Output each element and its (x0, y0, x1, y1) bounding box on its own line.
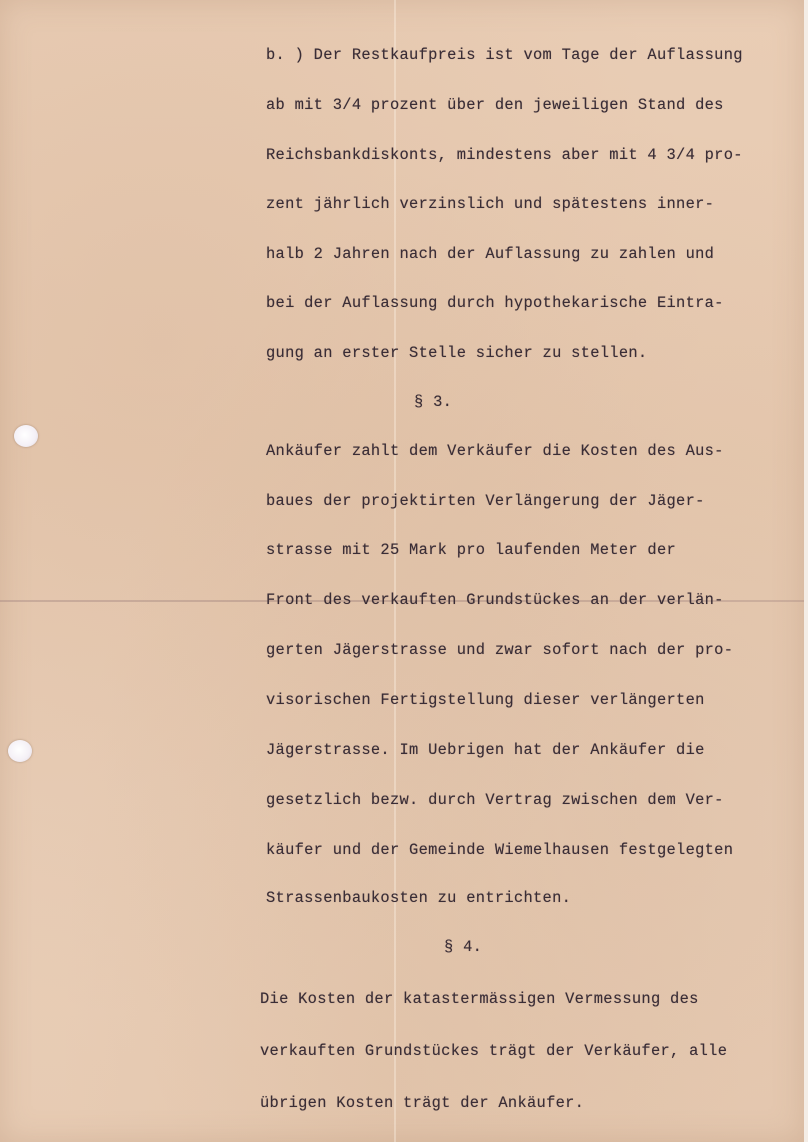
section-4-line-2: verkauften Grundstückes trägt der Verkäu… (260, 1040, 727, 1062)
section-3-line-6: visorischen Fertigstellung dieser verlän… (266, 689, 705, 711)
paragraph-b-line-5: halb 2 Jahren nach der Auflassung zu zah… (266, 243, 714, 265)
section-3-line-8: gesetzlich bezw. durch Vertrag zwischen … (266, 789, 724, 811)
section-3-line-10: Strassenbaukosten zu entrichten. (266, 887, 571, 909)
section-3-line-1: Ankäufer zahlt dem Verkäufer die Kosten … (266, 440, 724, 462)
paper-page: b. ) Der Restkaufpreis ist vom Tage der … (0, 0, 804, 1142)
paragraph-b-line-2: ab mit 3/4 prozent über den jeweiligen S… (266, 94, 724, 116)
section-4-line-1: Die Kosten der katastermässigen Vermessu… (260, 988, 699, 1010)
section-3-line-4: Front des verkauften Grundstückes an der… (266, 589, 724, 611)
section-3-line-5: gerten Jägerstrasse und zwar sofort nach… (266, 639, 733, 661)
punch-hole-bottom (8, 740, 32, 762)
section-3-line-2: baues der projektirten Verlängerung der … (266, 490, 705, 512)
paragraph-b-line-1: b. ) Der Restkaufpreis ist vom Tage der … (266, 44, 743, 66)
paragraph-b-line-6: bei der Auflassung durch hypothekarische… (266, 292, 724, 314)
section-3-line-3: strasse mit 25 Mark pro laufenden Meter … (266, 539, 676, 561)
section-4-line-3: übrigen Kosten trägt der Ankäufer. (260, 1092, 584, 1114)
section-3-line-9: käufer und der Gemeinde Wiemelhausen fes… (266, 839, 733, 861)
paragraph-b-line-3: Reichsbankdiskonts, mindestens aber mit … (266, 144, 743, 166)
paragraph-b-line-7: gung an erster Stelle sicher zu stellen. (266, 342, 647, 364)
punch-hole-top (14, 425, 38, 447)
section-3-line-7: Jägerstrasse. Im Uebrigen hat der Ankäuf… (266, 739, 705, 761)
section-4-heading: § 4. (444, 936, 482, 958)
section-3-heading: § 3. (414, 391, 452, 413)
vertical-fold-line (394, 0, 396, 1142)
paragraph-b-line-4: zent jährlich verzinslich und spätestens… (266, 193, 714, 215)
